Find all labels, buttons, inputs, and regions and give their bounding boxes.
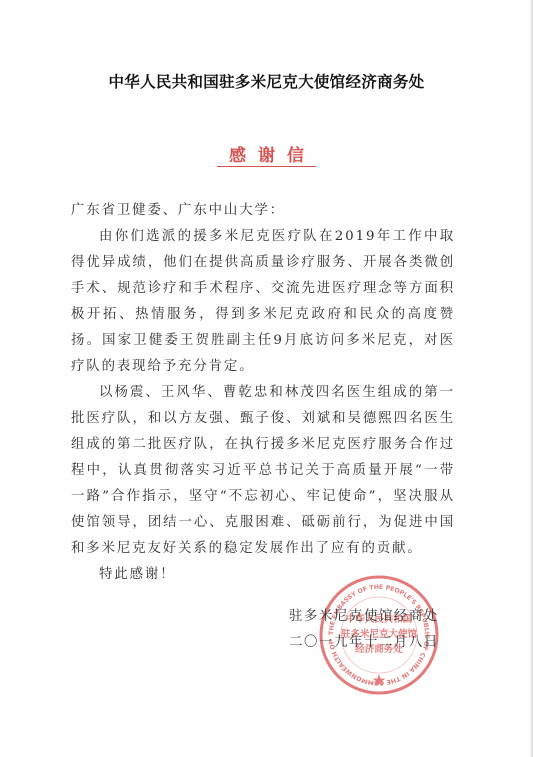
paragraph-1: 由你们选派的援多米尼克医疗队在2019年工作中取得优异成绩，他们在提供高质量诊疗… — [71, 224, 455, 380]
letter-page: 中华人民共和国驻多米尼克大使馆经济商务处 感谢信 广东省卫健委、广东中山大学： … — [0, 0, 533, 757]
letterhead-organization: 中华人民共和国驻多米尼克大使馆经济商务处 — [0, 70, 533, 92]
salutation: 广东省卫健委、广东中山大学： — [71, 198, 455, 224]
document-title: 感谢信 — [0, 146, 533, 167]
letter-body: 广东省卫健委、广东中山大学： 由你们选派的援多米尼克医疗队在2019年工作中取得… — [71, 198, 455, 588]
signature-sender: 驻多米尼克使馆经商处 — [289, 604, 439, 630]
signature-date: 二〇一九年十二月八日 — [289, 630, 439, 656]
signature-block: 驻多米尼克使馆经商处 二〇一九年十二月八日 — [289, 604, 439, 656]
document-title-text: 感谢信 — [217, 146, 316, 167]
paragraph-2: 以杨震、王风华、曹乾忠和林茂四名医生组成的第一批医疗队，和以方友强、甄子俊、刘斌… — [71, 380, 455, 562]
